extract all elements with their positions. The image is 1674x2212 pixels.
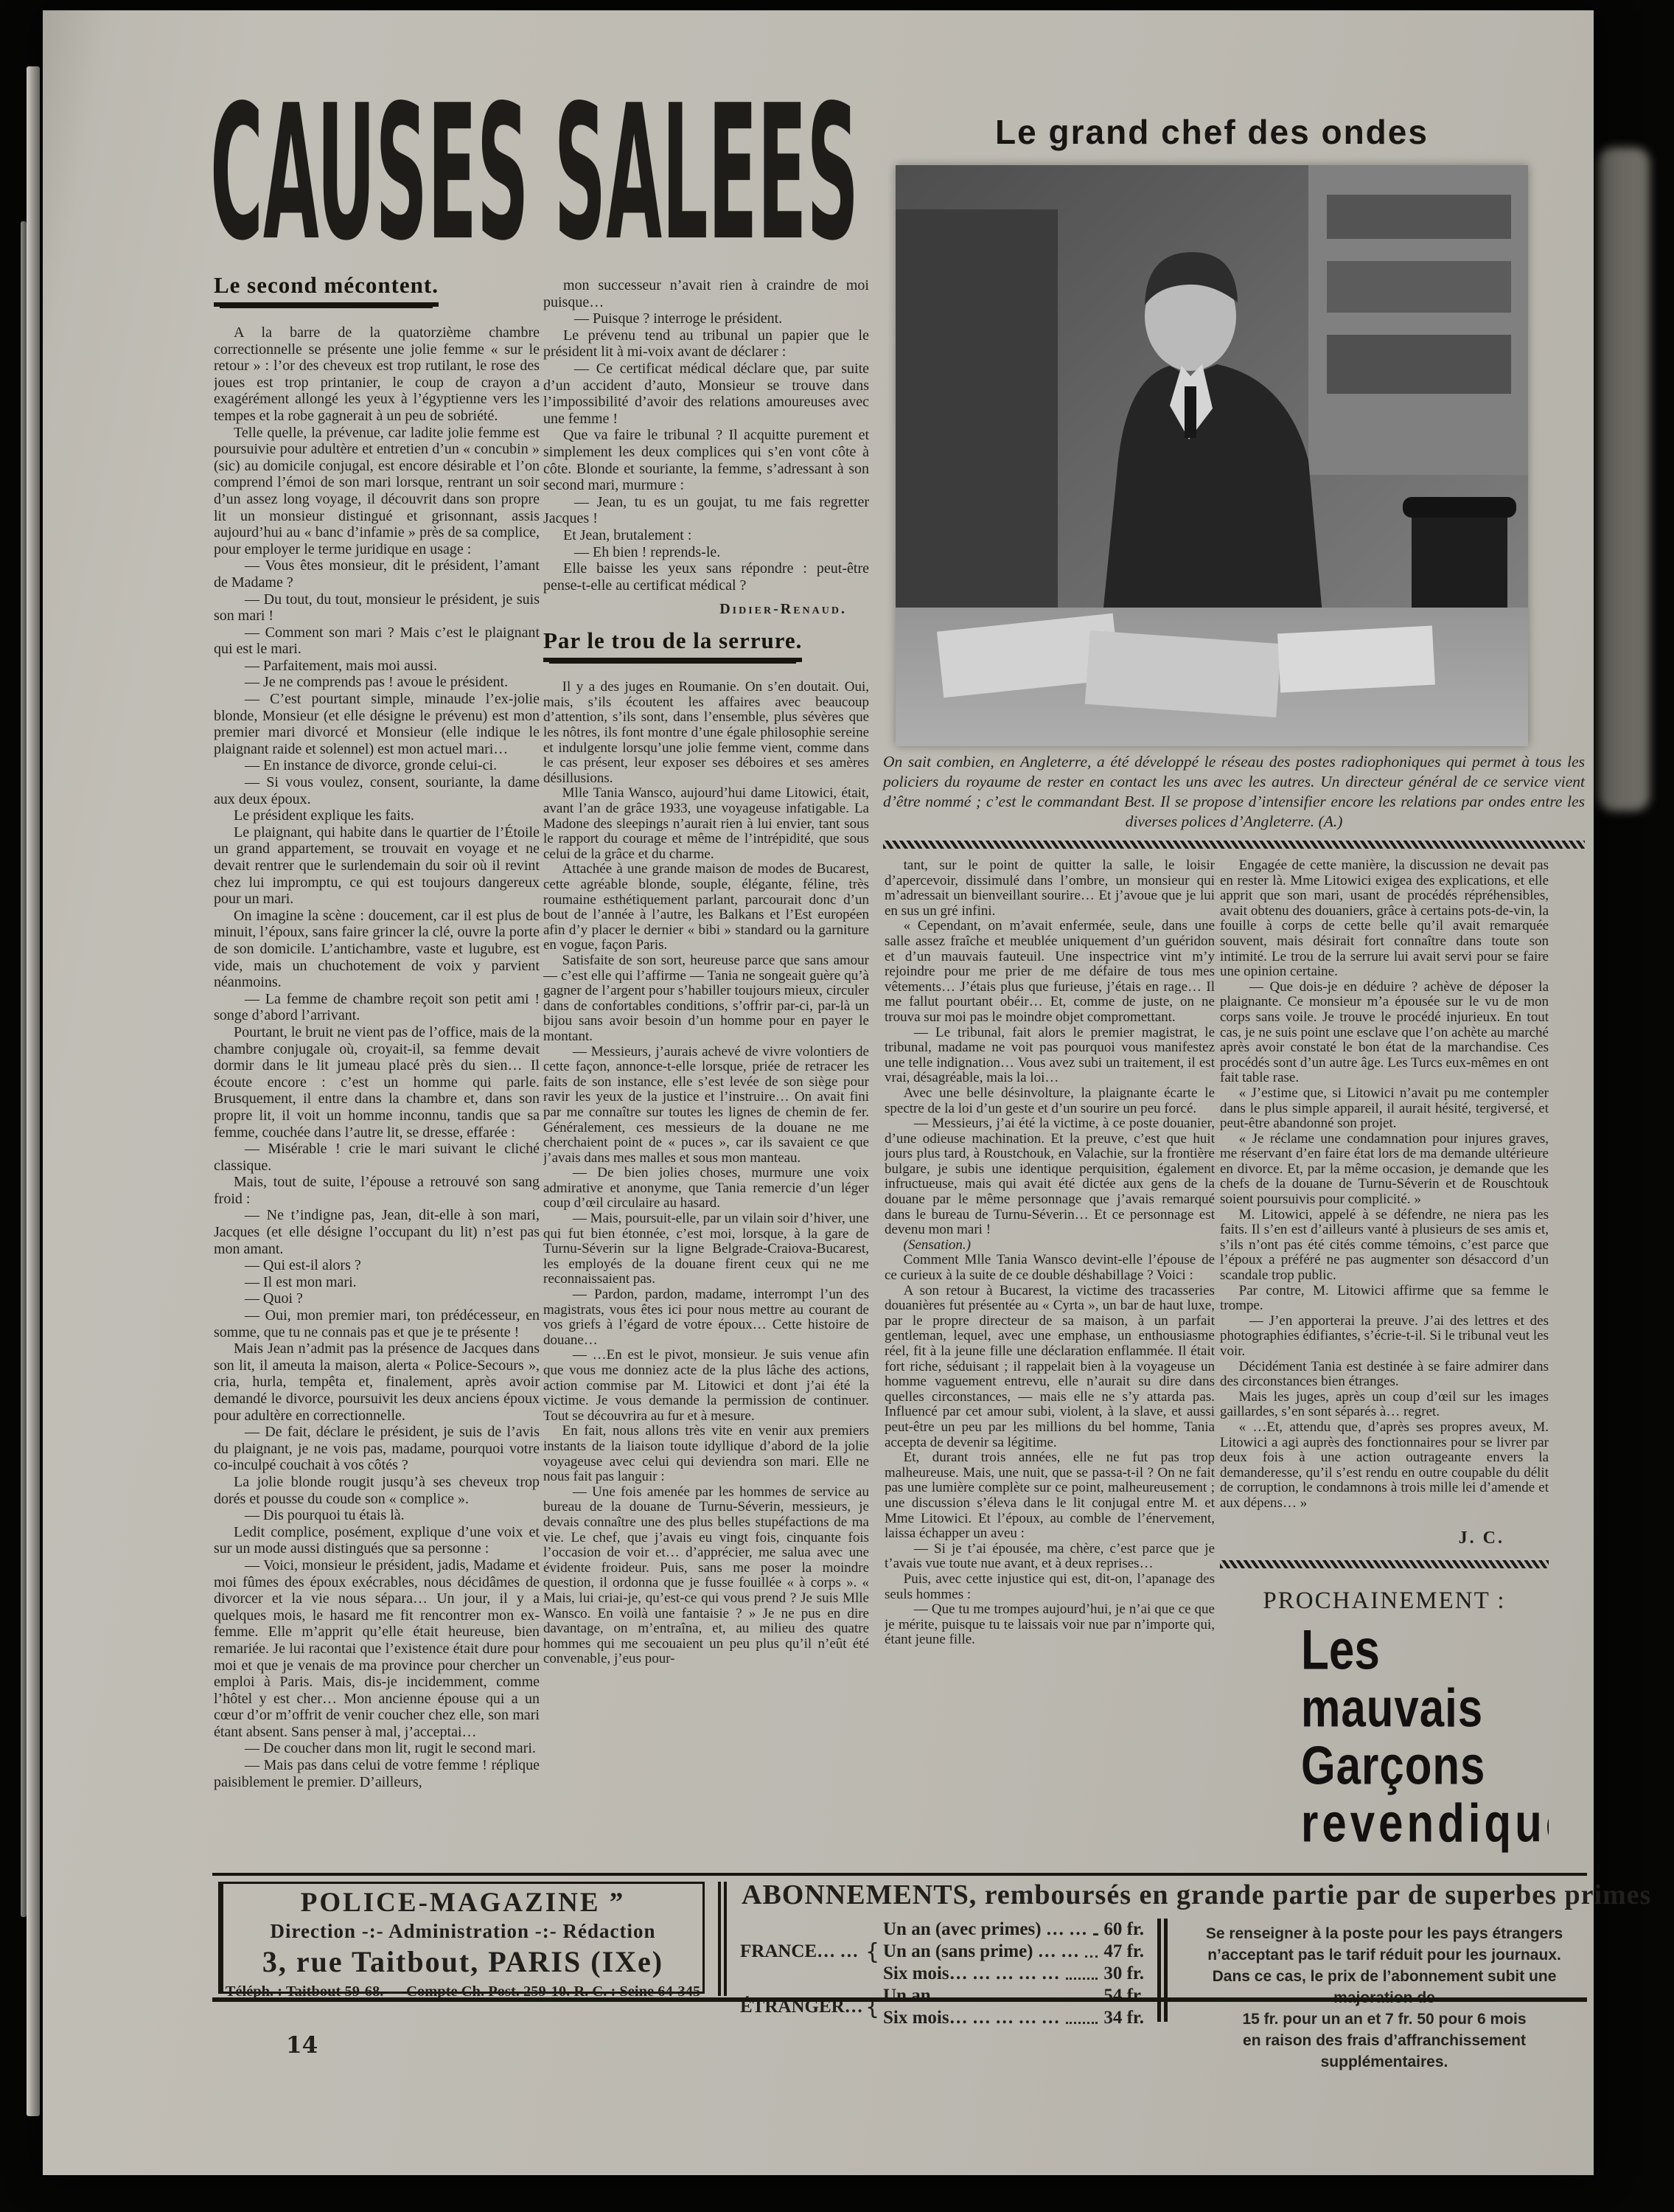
paragraph: — Je ne comprends pas ! avoue le préside… bbox=[214, 674, 540, 691]
paragraph: — Que dois-je en déduire ? achève de dép… bbox=[1220, 980, 1549, 1086]
paragraph: — Ce certificat médical déclare que, par… bbox=[543, 361, 869, 427]
rate-row: Six mois… … … … … 30 fr. bbox=[883, 1963, 1144, 1985]
imprint-box: POLICE-MAGAZINE ” Direction -:- Administ… bbox=[218, 1882, 705, 1994]
article2-title: Par le trou de la serrure. bbox=[543, 628, 802, 662]
rate-label: Six mois… … … … … bbox=[883, 2007, 1060, 2029]
paragraph: — Le tribunal, fait alors le premier mag… bbox=[885, 1026, 1215, 1086]
photo-feature-title: Le grand chef des ondes bbox=[890, 112, 1533, 152]
paragraph: Mlle Tania Wansco, aujourd’hui dame Lito… bbox=[543, 786, 869, 862]
rate-label: Un an (sans prime) … … bbox=[883, 1941, 1079, 1963]
paragraph: Que va faire le tribunal ? Il acquitte p… bbox=[543, 427, 869, 493]
paragraph: Engagée de cette manière, la discussion … bbox=[1220, 858, 1549, 980]
paragraph: — …En est le pivot, monsieur. Je suis ve… bbox=[543, 1348, 869, 1424]
imprint-departments: Direction -:- Administration -:- Rédacti… bbox=[223, 1920, 702, 1943]
horizontal-rule bbox=[212, 1873, 1587, 1876]
paragraph: — Vous êtes monsieur, dit le président, … bbox=[214, 557, 540, 591]
paragraph: — De bien jolies choses, murmure une voi… bbox=[543, 1166, 869, 1211]
paragraph: Et Jean, brutalement : bbox=[543, 527, 869, 544]
paragraph: — Oui, mon premier mari, ton prédécesseu… bbox=[214, 1307, 540, 1340]
paragraph: — Une fois amenée par les hommes de serv… bbox=[543, 1485, 869, 1667]
paragraph: — Parfaitement, mais moi aussi. bbox=[214, 658, 540, 675]
paragraph: — De fait, déclare le président, je suis… bbox=[214, 1424, 540, 1474]
region-label: FRANCE… … bbox=[740, 1941, 865, 1962]
page-stack-edge-left bbox=[27, 66, 40, 2116]
rates-group-etranger: ÉTRANGER… { Un an… … … … … … 54 fr. bbox=[740, 1985, 1144, 2029]
promo-line: mauvais Garçons bbox=[1301, 1680, 1549, 1795]
article2-column4: Engagée de cette manière, la discussion … bbox=[1220, 858, 1549, 1876]
paragraph: — Puisque ? interroge le président. bbox=[543, 310, 869, 327]
rate-price: 34 fr. bbox=[1103, 2007, 1144, 2029]
magazine-name: POLICE-MAGAZINE ” bbox=[223, 1887, 702, 1919]
paragraph: tant, sur le point de quitter la salle, … bbox=[885, 858, 1215, 919]
paragraph: — C’est pourtant simple, minaude l’ex-jo… bbox=[214, 691, 540, 757]
horizontal-rule bbox=[212, 1997, 1587, 2002]
paragraph: — Dis pourquoi tu étais là. bbox=[214, 1507, 540, 1524]
article1-column1: Le second mécontent. A la barre de la qu… bbox=[214, 273, 540, 1874]
paragraph: A son retour à Bucarest, la victime des … bbox=[885, 1284, 1215, 1451]
paragraph: — Eh bien ! reprends-le. bbox=[543, 544, 869, 561]
paragraph: Puis, avec cette injustice qui est, dit-… bbox=[885, 1572, 1215, 1602]
deco-headline-causes-salees: CAUSES SALÉES bbox=[209, 93, 865, 264]
photo-caption: On sait combien, en Angleterre, a été dé… bbox=[883, 752, 1585, 832]
paragraph: — Que tu me trompes aujourd’hui, je n’ai… bbox=[885, 1602, 1215, 1648]
paragraph: Telle quelle, la prévenue, car ladite jo… bbox=[214, 425, 540, 558]
paragraph: En fait, nous allons très vite en venir … bbox=[543, 1424, 869, 1484]
paragraph: A la barre de la quatorzième chambre cor… bbox=[214, 324, 540, 425]
double-vertical-rule bbox=[718, 1882, 727, 1996]
page-stack-edge-right bbox=[1598, 147, 1650, 811]
paragraph: Ledit complice, posément, explique d’une… bbox=[214, 1524, 540, 1557]
paragraph: Par contre, M. Litowici affirme que sa f… bbox=[1220, 1284, 1549, 1314]
paragraph: — J’en apporterai la preuve. J’ai des le… bbox=[1220, 1314, 1549, 1360]
double-vertical-rule bbox=[1157, 1919, 1168, 2022]
paragraph: — La femme de chambre reçoit son petit a… bbox=[214, 991, 540, 1024]
paragraph: — Il est mon mari. bbox=[214, 1274, 540, 1291]
paragraph: — Jean, tu es un goujat, tu me fais regr… bbox=[543, 494, 869, 527]
rate-row: Un an (sans prime) … … 47 fr. bbox=[883, 1941, 1144, 1963]
paragraph: Le prévenu tend au tribunal un papier qu… bbox=[543, 327, 869, 361]
paragraph: Et, durant trois années, elle ne fut pas… bbox=[885, 1450, 1215, 1542]
dot-leader bbox=[1066, 1958, 1098, 1980]
hatched-divider bbox=[1220, 1560, 1549, 1568]
rates-group-france: FRANCE… … { Un an (avec primes) … … 60 f… bbox=[740, 1919, 1144, 1985]
newspaper-scan: { "page": { "number": "14" }, "headline"… bbox=[0, 0, 1674, 2212]
article2-col2-paragraphs: Il y a des juges en Roumanie. On s’en do… bbox=[543, 680, 869, 1667]
paragraph: Comment Mlle Tania Wansco devint-elle l’… bbox=[885, 1253, 1215, 1283]
paragraph: Le président explique les faits. bbox=[214, 807, 540, 824]
dark-background bbox=[896, 209, 1058, 622]
paragraph: mon successeur n’avait rien à craindre d… bbox=[543, 277, 869, 310]
rate-price: 47 fr. bbox=[1103, 1941, 1144, 1963]
rate-label: Six mois… … … … … bbox=[883, 1963, 1060, 1985]
note-line: en raison des frais d’affranchissement s… bbox=[1181, 2030, 1588, 2073]
paragraph: « …Et, attendu que, d’après ses propres … bbox=[1220, 1420, 1549, 1512]
paragraph: — Si je t’ai épousée, ma chère, c’est pa… bbox=[885, 1542, 1215, 1572]
page-number: 14 bbox=[286, 2032, 318, 2059]
promo-title: Les mauvais Garçons revendiquent! bbox=[1301, 1622, 1549, 1852]
promo-line: revendiquent! bbox=[1301, 1795, 1549, 1852]
rate-row: Un an (avec primes) … … 60 fr. bbox=[883, 1919, 1144, 1941]
promo-line: Les bbox=[1301, 1622, 1549, 1680]
dot-leader bbox=[1085, 1935, 1098, 1958]
note-line: 15 fr. pour un an et 7 fr. 50 pour 6 moi… bbox=[1181, 2008, 1588, 2030]
paragraph: — Messieurs, j’ai été la victime, à ce p… bbox=[885, 1116, 1215, 1238]
paragraph: Mais Jean n’admit pas la présence de Jac… bbox=[214, 1340, 540, 1424]
article1-col2-paragraphs: mon successeur n’avait rien à craindre d… bbox=[543, 277, 869, 594]
paragraph: « Je réclame une condamnation pour injur… bbox=[1220, 1132, 1549, 1208]
subscription-rates: FRANCE… … { Un an (avec primes) … … 60 f… bbox=[740, 1919, 1144, 2073]
paragraph: — Qui est-il alors ? bbox=[214, 1257, 540, 1274]
paragraph: La jolie blonde rougit jusqu’à ses cheve… bbox=[214, 1474, 540, 1507]
paragraph: — Mais pas dans celui de votre femme ! r… bbox=[214, 1757, 540, 1790]
deco-headline-text: CAUSES SALÉES bbox=[210, 93, 859, 264]
brace-glyph: { bbox=[865, 1939, 883, 1965]
paragraph: Avec une belle désinvolture, la plaignan… bbox=[885, 1086, 1215, 1116]
paragraph: — Mais, poursuit-elle, par un vilain soi… bbox=[543, 1211, 869, 1287]
rate-label: Un an (avec primes) … … bbox=[883, 1919, 1087, 1941]
subscriptions-title: ABONNEMENTS, remboursés en grande partie… bbox=[742, 1879, 1588, 1911]
paragraph: — Ne t’indigne pas, Jean, dit-elle à son… bbox=[214, 1207, 540, 1257]
paragraph: — Misérable ! crie le mari suivant le cl… bbox=[214, 1141, 540, 1174]
paragraph: — De coucher dans mon lit, rugit le seco… bbox=[214, 1740, 540, 1757]
paragraph: « Cependant, on m’avait enfermée, seule,… bbox=[885, 919, 1215, 1025]
rate-row: Six mois… … … … … 34 fr. bbox=[883, 2007, 1144, 2029]
paragraph: — Si vous voulez, consent, souriante, la… bbox=[214, 774, 540, 807]
note-line: Dans ce cas, le prix de l’abonnement sub… bbox=[1181, 1966, 1588, 2008]
dot-leader bbox=[1066, 2002, 1098, 2024]
paragraph: On imagine la scène : doucement, car il … bbox=[214, 908, 540, 991]
article1-col1-paragraphs: A la barre de la quatorzième chambre cor… bbox=[214, 324, 540, 1790]
paragraph: — En instance de divorce, gronde celui-c… bbox=[214, 757, 540, 774]
subscriptions-box: ABONNEMENTS, remboursés en grande partie… bbox=[740, 1879, 1588, 1998]
paragraph: — Pardon, pardon, madame, interrompt l’u… bbox=[543, 1287, 869, 1348]
page-stack-edge-left2 bbox=[21, 221, 27, 1917]
rate-label: Un an… … … … … … bbox=[883, 1985, 1064, 2007]
paragraph: — Messieurs, j’aurais achevé de vivre vo… bbox=[543, 1045, 869, 1166]
paragraph: Le plaignant, qui habite dans le quartie… bbox=[214, 824, 540, 908]
paragraph: Elle baisse les yeux sans répondre : peu… bbox=[543, 560, 869, 594]
rate-price: 30 fr. bbox=[1103, 1963, 1144, 1985]
rate-price: 60 fr. bbox=[1103, 1919, 1144, 1941]
photo-man-at-desk bbox=[896, 165, 1528, 746]
newspaper-page: CAUSES SALÉES Le grand chef des ondes bbox=[43, 10, 1594, 2175]
subscriptions-note: Se renseigner à la poste pour les pays é… bbox=[1181, 1919, 1588, 2073]
telephone bbox=[1403, 497, 1516, 608]
article2-signature: J. C. bbox=[1220, 1531, 1504, 1546]
paragraph: « J’estime que, si Litowici n’avait pu m… bbox=[1220, 1086, 1549, 1132]
dot-leader bbox=[1093, 1913, 1098, 1935]
paragraph: — Voici, monsieur le président, jadis, M… bbox=[214, 1557, 540, 1741]
article2-col4-paragraphs: Engagée de cette manière, la discussion … bbox=[1220, 858, 1549, 1512]
note-line: Se renseigner à la poste pour les pays é… bbox=[1181, 1923, 1588, 1966]
paragraph: Pourtant, le bruit ne vient pas de l’off… bbox=[214, 1024, 540, 1141]
paragraph: — Quoi ? bbox=[214, 1290, 540, 1307]
article2-column3: tant, sur le point de quitter la salle, … bbox=[885, 858, 1215, 1876]
article1-signature: Didier-Renaud. bbox=[543, 601, 847, 618]
paragraph: M. Litowici, appelé à se défendre, ne ni… bbox=[1220, 1208, 1549, 1284]
article1-title: Le second mécontent. bbox=[214, 273, 439, 307]
paragraph: Décidément Tania est destinée à se faire… bbox=[1220, 1360, 1549, 1390]
paragraph: Il y a des juges en Roumanie. On s’en do… bbox=[543, 680, 869, 786]
rate-price: 54 fr. bbox=[1103, 1985, 1144, 2007]
hatched-divider bbox=[883, 841, 1585, 849]
paragraph: Attachée à une grande maison de modes de… bbox=[543, 862, 869, 953]
paragraph: — Du tout, du tout, monsieur le présiden… bbox=[214, 591, 540, 625]
paragraph: (Sensation.) bbox=[885, 1238, 1215, 1253]
article2-col3-paragraphs: tant, sur le point de quitter la salle, … bbox=[885, 858, 1215, 1648]
paragraph: Mais, tout de suite, l’épouse a retrouvé… bbox=[214, 1174, 540, 1207]
rate-row: Un an… … … … … … 54 fr. bbox=[883, 1985, 1144, 2007]
imprint-address: 3, rue Taitbout, PARIS (IXe) bbox=[223, 1944, 702, 1979]
promo-kicker: PROCHAINEMENT : bbox=[1220, 1593, 1549, 1609]
column2: mon successeur n’avait rien à craindre d… bbox=[543, 277, 869, 1874]
paragraph: Satisfaite de son sort, heureuse parce q… bbox=[543, 953, 869, 1045]
paragraph: — Comment son mari ? Mais c’est le plaig… bbox=[214, 625, 540, 658]
paragraph: Mais les juges, après un coup d’œil sur … bbox=[1220, 1390, 1549, 1420]
